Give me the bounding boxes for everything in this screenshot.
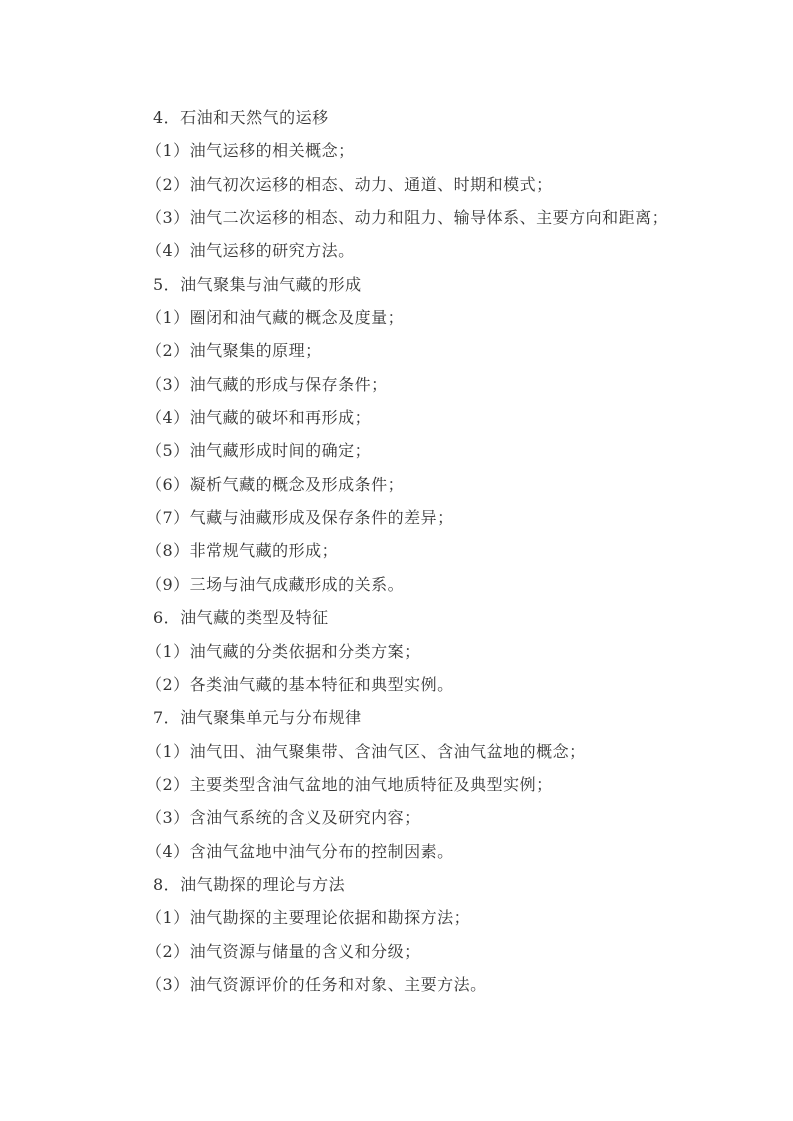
outline-item: （1）油气勘探的主要理论依据和勘探方法； — [146, 901, 733, 934]
section-7: 7．油气聚集单元与分布规律 （1）油气田、油气聚集带、含油气区、含油气盆地的概念… — [146, 701, 733, 868]
outline-item: （3）油气二次运移的相态、动力和阻力、输导体系、主要方向和距离； — [146, 201, 733, 234]
outline-item: （2）主要类型含油气盆地的油气地质特征及典型实例； — [146, 768, 733, 801]
outline-item: （4）油气运移的研究方法。 — [146, 234, 733, 267]
outline-item: （4）油气藏的破坏和再形成； — [146, 401, 733, 434]
outline-item: （1）油气田、油气聚集带、含油气区、含油气盆地的概念； — [146, 735, 733, 768]
outline-item: （4）含油气盆地中油气分布的控制因素。 — [146, 835, 733, 868]
outline-item: （6）凝析气藏的概念及形成条件； — [146, 468, 733, 501]
document-text-block: 4．石油和天然气的运移 （1）油气运移的相关概念； （2）油气初次运移的相态、动… — [146, 101, 733, 1001]
section-heading: 4．石油和天然气的运移 — [153, 101, 733, 134]
outline-item: （2）油气聚集的原理； — [146, 334, 733, 367]
section-8: 8．油气勘探的理论与方法 （1）油气勘探的主要理论依据和勘探方法； （2）油气资… — [146, 868, 733, 1001]
outline-item: （3）油气藏的形成与保存条件； — [146, 368, 733, 401]
document-page: 4．石油和天然气的运移 （1）油气运移的相关概念； （2）油气初次运移的相态、动… — [0, 0, 793, 1121]
outline-item: （2）油气资源与储量的含义和分级； — [146, 935, 733, 968]
outline-item: （1）油气运移的相关概念； — [146, 134, 733, 167]
outline-item: （8）非常规气藏的形成； — [146, 534, 733, 567]
outline-item: （2）油气初次运移的相态、动力、通道、时期和模式； — [146, 168, 733, 201]
section-heading: 6．油气藏的类型及特征 — [153, 601, 733, 634]
outline-item: （7）气藏与油藏形成及保存条件的差异； — [146, 501, 733, 534]
outline-item: （1）油气藏的分类依据和分类方案； — [146, 635, 733, 668]
section-5: 5．油气聚集与油气藏的形成 （1）圈闭和油气藏的概念及度量； （2）油气聚集的原… — [146, 268, 733, 601]
section-4: 4．石油和天然气的运移 （1）油气运移的相关概念； （2）油气初次运移的相态、动… — [146, 101, 733, 268]
section-heading: 7．油气聚集单元与分布规律 — [153, 701, 733, 734]
outline-item: （3）油气资源评价的任务和对象、主要方法。 — [146, 968, 733, 1001]
outline-item: （1）圈闭和油气藏的概念及度量； — [146, 301, 733, 334]
outline-item: （9）三场与油气成藏形成的关系。 — [146, 568, 733, 601]
section-6: 6．油气藏的类型及特征 （1）油气藏的分类依据和分类方案； （2）各类油气藏的基… — [146, 601, 733, 701]
section-heading: 8．油气勘探的理论与方法 — [153, 868, 733, 901]
section-heading: 5．油气聚集与油气藏的形成 — [153, 268, 733, 301]
outline-item: （2）各类油气藏的基本特征和典型实例。 — [146, 668, 733, 701]
outline-item: （5）油气藏形成时间的确定； — [146, 434, 733, 467]
outline-item: （3）含油气系统的含义及研究内容； — [146, 801, 733, 834]
